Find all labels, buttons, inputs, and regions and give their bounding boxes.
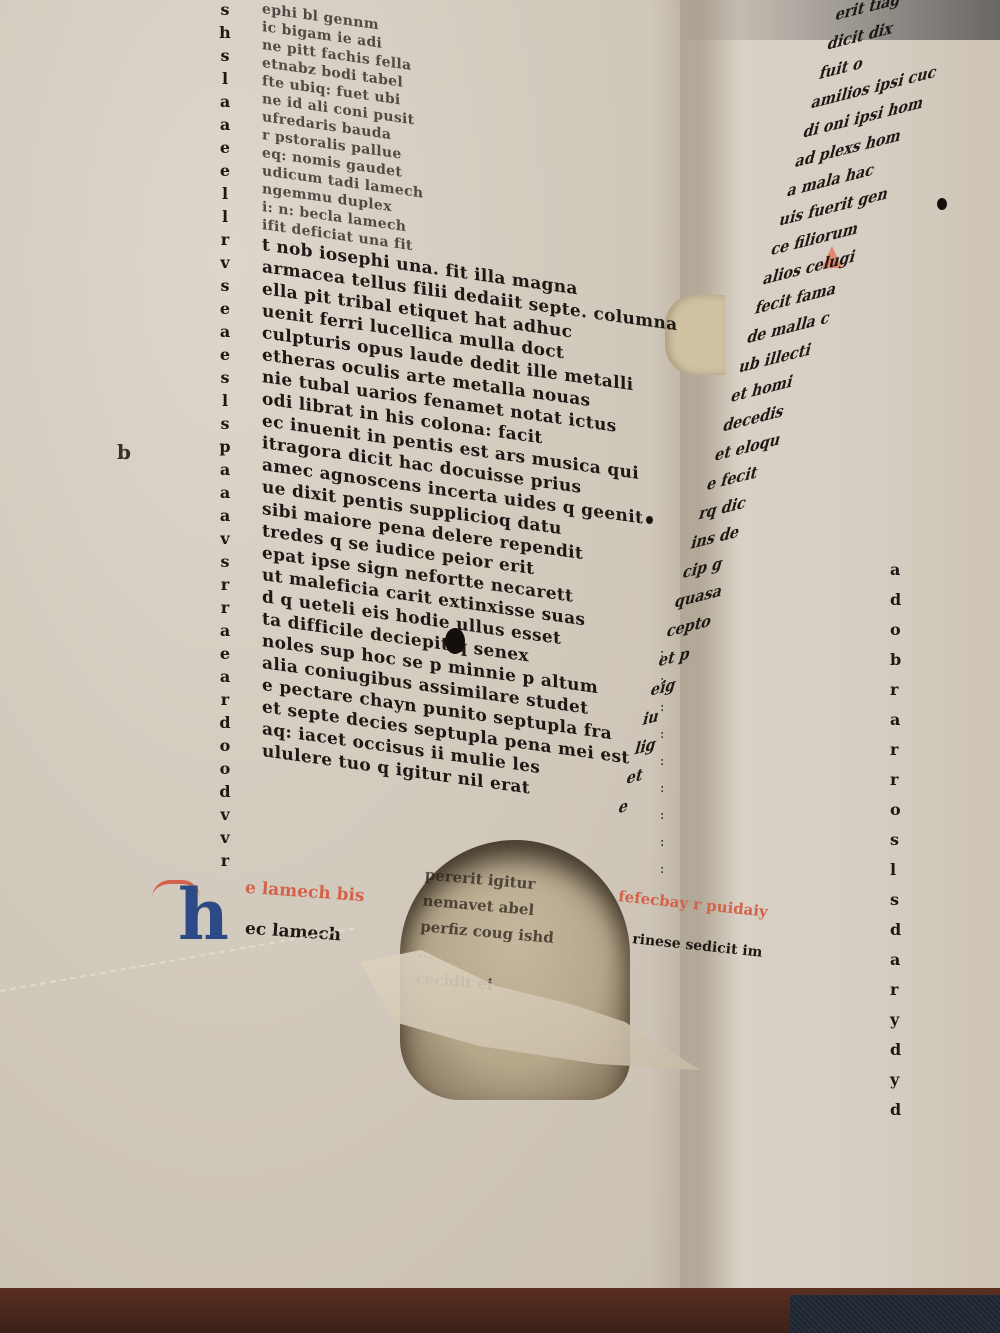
margin-letter: d	[205, 782, 245, 805]
worm-hole	[445, 628, 465, 654]
margin-letter: a	[205, 506, 245, 529]
right-margin-letter: y	[890, 1070, 970, 1100]
margin-letter: e	[205, 299, 245, 322]
margin-letter: e	[205, 138, 245, 161]
margin-letter: s	[205, 46, 245, 69]
right-margin-initials: adobrarroslsdarydyd	[890, 560, 970, 1130]
right-margin-letter: b	[890, 650, 970, 680]
margin-letter: r	[205, 598, 245, 621]
stray-margin-letter: b	[117, 440, 131, 464]
margin-letter: o	[205, 736, 245, 759]
fabric-background	[790, 1295, 1000, 1333]
margin-letter: a	[205, 483, 245, 506]
right-margin-letter: r	[890, 980, 970, 1010]
right-margin-letter: s	[890, 890, 970, 920]
right-margin-letter: r	[890, 680, 970, 710]
right-margin-letter: s	[890, 830, 970, 860]
margin-letter: v	[205, 529, 245, 552]
worm-hole-small	[646, 516, 653, 524]
margin-letter: l	[205, 391, 245, 414]
margin-letter: e	[205, 345, 245, 368]
margin-letter: p	[205, 437, 245, 460]
right-margin-letter: l	[890, 860, 970, 890]
margin-letter: h	[205, 23, 245, 46]
margin-letter: e	[205, 644, 245, 667]
right-margin-letter: a	[890, 950, 970, 980]
right-margin-letter: o	[890, 800, 970, 830]
margin-letter: a	[205, 92, 245, 115]
margin-letter: v	[205, 805, 245, 828]
margin-letter: a	[205, 621, 245, 644]
right-margin-letter: d	[890, 920, 970, 950]
right-margin-letter: a	[890, 710, 970, 740]
right-margin-letter: d	[890, 1040, 970, 1070]
margin-letter: l	[205, 69, 245, 92]
margin-letter: r	[205, 575, 245, 598]
margin-letter: a	[205, 460, 245, 483]
margin-letter: v	[205, 828, 245, 851]
right-margin-letter: d	[890, 590, 970, 620]
blue-initial-letter: h	[178, 880, 229, 950]
margin-letter: s	[205, 414, 245, 437]
right-margin-letter: r	[890, 770, 970, 800]
margin-letter: a	[205, 115, 245, 138]
margin-letter: r	[205, 230, 245, 253]
margin-letter: v	[205, 253, 245, 276]
margin-letter: s	[205, 276, 245, 299]
margin-letter: r	[205, 851, 245, 874]
margin-letter: e	[205, 161, 245, 184]
left-margin-initials: shslaaeellrvseaeslspaaavsrraeardoodvvr	[205, 0, 245, 874]
margin-letter: a	[205, 322, 245, 345]
margin-letter: d	[205, 713, 245, 736]
main-text-column: ephi bl gennmic bigam ie adine pitt fach…	[262, 0, 662, 818]
right-margin-letter: r	[890, 740, 970, 770]
margin-letter: s	[205, 552, 245, 575]
margin-letter: s	[205, 0, 245, 23]
margin-letter: a	[205, 667, 245, 690]
right-margin-letter: d	[890, 1100, 970, 1130]
right-margin-letter: a	[890, 560, 970, 590]
margin-letter: l	[205, 207, 245, 230]
right-margin-letter: y	[890, 1010, 970, 1040]
margin-letter: s	[205, 368, 245, 391]
right-margin-letter: o	[890, 620, 970, 650]
margin-letter: o	[205, 759, 245, 782]
margin-letter: l	[205, 184, 245, 207]
margin-letter: r	[205, 690, 245, 713]
